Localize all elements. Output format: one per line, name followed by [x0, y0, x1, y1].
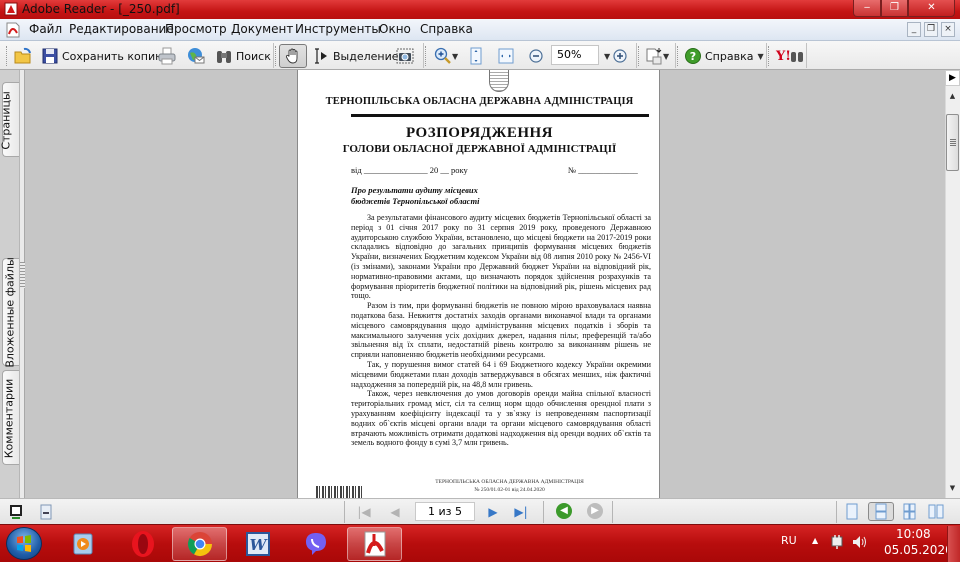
previous-page-button[interactable]: ◀: [386, 503, 404, 521]
zoom-in-button[interactable]: [611, 45, 629, 67]
taskbar-media-player[interactable]: [55, 527, 110, 561]
single-page-icon: [842, 502, 862, 521]
binoculars-icon: [215, 47, 233, 65]
svg-text:W: W: [249, 536, 268, 554]
subject-line: Про результати аудиту місцевих: [351, 185, 511, 196]
tab-attachments[interactable]: Вложенные файлы: [2, 258, 19, 366]
text-cursor-icon: [312, 47, 330, 65]
page-number-input[interactable]: 1 из 5: [415, 502, 475, 521]
language-indicator[interactable]: RU: [781, 534, 797, 547]
taskbar-adobe-reader[interactable]: [347, 527, 402, 561]
menu-file[interactable]: Файл: [28, 22, 63, 36]
status-bar: |◀ ◀ ▶ ▶|: [0, 498, 960, 524]
floppy-disk-icon: [41, 47, 59, 65]
chevron-down-icon[interactable]: ▼: [452, 52, 458, 61]
email-globe-icon: [187, 47, 205, 65]
print-button[interactable]: [158, 45, 176, 67]
power-plug-icon[interactable]: [830, 534, 844, 550]
close-button[interactable]: ✕: [908, 0, 955, 17]
tab-comments-label: Комментарии: [2, 378, 15, 458]
body-paragraph: Так, у порушення вимог статей 64 і 69 Бю…: [351, 360, 651, 389]
hand-icon: [284, 47, 302, 65]
monitor-icon[interactable]: [9, 504, 23, 520]
word-icon: W: [245, 531, 271, 557]
fit-width-button[interactable]: [497, 45, 515, 67]
number-line: № ______________: [568, 165, 638, 175]
email-button[interactable]: [187, 45, 205, 67]
doc-restore-button[interactable]: ❐: [924, 22, 938, 37]
go-forward-button[interactable]: ▶: [587, 503, 603, 519]
selection-label: Выделение: [333, 50, 399, 63]
toolbar: Сохранить копию Поиск: [0, 41, 960, 70]
chevron-down-icon: ▼: [604, 52, 610, 61]
toolbar-separator: [766, 43, 767, 68]
open-folder-icon: [14, 47, 32, 65]
volume-icon[interactable]: [852, 535, 868, 549]
printer-icon: [158, 47, 176, 65]
toolbar-grip[interactable]: [768, 46, 771, 66]
scrollbar-thumb[interactable]: [946, 114, 959, 171]
toolbar-separator: [675, 43, 676, 68]
toolbar-grip[interactable]: [6, 46, 9, 66]
toolbar-separator: [423, 43, 424, 68]
media-player-icon: [70, 531, 96, 557]
status-separator: [836, 501, 837, 523]
save-copy-button[interactable]: Сохранить копию: [41, 45, 164, 67]
continuous-facing-view-button[interactable]: [926, 502, 946, 521]
minimize-button[interactable]: ‒: [853, 0, 881, 17]
save-copy-label: Сохранить копию: [62, 50, 164, 63]
doc-close-button[interactable]: ×: [941, 22, 955, 37]
taskbar-word[interactable]: W: [230, 527, 285, 561]
adobe-reader-icon: [4, 2, 18, 16]
toolbar-separator: [806, 43, 807, 68]
scroll-up-arrow-icon[interactable]: ▲: [945, 88, 960, 104]
page-rotate-icon: [645, 47, 663, 65]
minus-circle-icon: [527, 47, 545, 65]
date-line: від _______________ 20 __ року: [351, 165, 468, 175]
show-hidden-icons-icon[interactable]: ▲: [812, 536, 818, 545]
start-button[interactable]: [6, 527, 42, 560]
toolbar-grip[interactable]: [275, 46, 278, 66]
title-bar: Adobe Reader - [_250.pdf] ‒ ❐ ✕: [0, 0, 960, 19]
header-rule: [351, 114, 649, 117]
menu-edit[interactable]: Редактирование: [68, 22, 175, 36]
clock-date[interactable]: 05.05.2020: [884, 543, 953, 557]
fit-page-button[interactable]: [467, 45, 485, 67]
help-label: Справка: [705, 50, 753, 63]
search-button[interactable]: Поиск: [215, 45, 271, 67]
menu-window[interactable]: Окно: [378, 22, 412, 36]
taskbar-opera[interactable]: [115, 527, 170, 561]
scroll-down-arrow-icon[interactable]: ▼: [945, 480, 960, 496]
zoom-out-button[interactable]: [527, 45, 545, 67]
open-button[interactable]: [14, 45, 32, 67]
toolbar-grip[interactable]: [425, 46, 428, 66]
status-separator: [344, 501, 345, 523]
help-question-icon: ?: [684, 47, 702, 65]
svg-text:?: ?: [690, 50, 696, 63]
go-back-button[interactable]: ◀: [556, 503, 572, 519]
menu-document[interactable]: Документ: [230, 22, 294, 36]
select-tool-button[interactable]: Выделение: [312, 45, 399, 67]
binoculars-icon: [791, 49, 804, 63]
continuous-pages-icon: [869, 503, 893, 520]
pdf-page[interactable]: ТЕРНОПІЛЬСЬКА ОБЛАСНА ДЕРЖАВНА АДМІНІСТР…: [297, 70, 660, 498]
status-separator: [543, 501, 544, 523]
org-title: ТЕРНОПІЛЬСЬКА ОБЛАСНА ДЕРЖАВНА АДМІНІСТР…: [298, 96, 660, 107]
toolbar-separator: [636, 43, 637, 68]
taskbar-chrome[interactable]: [172, 527, 227, 561]
page-layout-button[interactable]: ▼: [645, 45, 669, 67]
window-title: Adobe Reader - [_250.pdf]: [22, 2, 180, 16]
opera-icon: [129, 529, 157, 559]
menu-view[interactable]: Просмотр: [164, 22, 228, 36]
two-up-icon: [926, 502, 946, 521]
tab-attachments-label: Вложенные файлы: [4, 257, 17, 367]
continuous-view-button[interactable]: [868, 502, 894, 521]
navigation-panel: Страницы Вложенные файлы Комментарии: [0, 70, 20, 498]
magnifier-plus-icon: [434, 47, 452, 65]
stamp-line: ТЕРНОПІЛЬСЬКА ОБЛАСНА ДЕРЖАВНА АДМІНІСТР…: [358, 478, 660, 486]
tab-pages-label: Страницы: [0, 91, 13, 149]
single-page-view-button[interactable]: [842, 502, 862, 521]
show-desktop-button[interactable]: [947, 526, 960, 562]
search-label: Поиск: [236, 50, 271, 63]
toolbar-separator: [273, 43, 274, 68]
help-button[interactable]: ? Справка ▼: [684, 45, 764, 67]
chevron-down-icon: ▼: [757, 52, 763, 61]
chrome-icon: [186, 530, 214, 558]
yahoo-toolbar-button[interactable]: Y!: [776, 45, 804, 67]
menu-help[interactable]: Справка: [419, 22, 474, 36]
chevron-down-icon: ▼: [663, 52, 669, 61]
body-paragraph: За результатами фінансового аудиту місце…: [351, 213, 651, 301]
snapshot-button[interactable]: [396, 45, 414, 67]
fit-height-icon: [467, 47, 485, 65]
facing-view-button[interactable]: [900, 502, 920, 521]
next-page-button[interactable]: ▶: [484, 503, 502, 521]
facing-pages-icon: [900, 502, 920, 521]
camera-icon: [396, 47, 414, 65]
tab-pages[interactable]: Страницы: [2, 82, 19, 157]
pdf-document-icon[interactable]: [5, 22, 21, 38]
panel-toggle-arrow-icon[interactable]: ▶: [945, 70, 960, 86]
last-page-button[interactable]: ▶|: [512, 503, 530, 521]
subject-line: бюджетів Тернопільської області: [351, 196, 511, 207]
windows-logo-icon: [7, 528, 41, 559]
toolbar-grip[interactable]: [638, 46, 641, 66]
zoom-dropdown-button[interactable]: ▼: [604, 45, 610, 67]
hand-tool-button[interactable]: [279, 44, 307, 68]
document-body: За результатами фінансового аудиту місце…: [351, 213, 651, 448]
menu-bar: Файл Редактирование Просмотр Документ Ин…: [0, 19, 960, 41]
taskbar-viber[interactable]: [288, 527, 343, 561]
status-separator: [612, 501, 613, 523]
fit-width-icon: [497, 47, 515, 65]
viber-icon: [302, 530, 330, 558]
doc-subtype-heading: ГОЛОВИ ОБЛАСНОЇ ДЕРЖАВНОЇ АДМІНІСТРАЦІЇ: [298, 143, 660, 155]
document-properties-icon[interactable]: [40, 504, 52, 520]
stamp-line: № 250/01.02-01 від 24.04.2020: [358, 486, 660, 494]
body-paragraph: Також, через невключення до умов договор…: [351, 389, 651, 448]
menu-tools[interactable]: Инструменты: [294, 22, 382, 36]
maximize-button[interactable]: ❐: [881, 0, 908, 17]
toolbar-grip[interactable]: [677, 46, 680, 66]
subject-block: Про результати аудиту місцевих бюджетів …: [351, 185, 511, 207]
body-paragraph: Разом із тим, при формуванні бюджетів не…: [351, 301, 651, 360]
doc-minimize-button[interactable]: _: [907, 22, 921, 37]
registration-stamp: ТЕРНОПІЛЬСЬКА ОБЛАСНА ДЕРЖАВНА АДМІНІСТР…: [298, 478, 660, 494]
zoom-level-input[interactable]: 50%: [551, 45, 599, 65]
clock-time[interactable]: 10:08: [896, 527, 931, 541]
yahoo-logo-icon: Y!: [776, 49, 791, 64]
adobe-reader-icon: [362, 530, 388, 558]
first-page-button[interactable]: |◀: [355, 503, 373, 521]
plus-circle-icon: [611, 47, 629, 65]
doc-type-heading: РОЗПОРЯДЖЕННЯ: [298, 125, 660, 142]
tab-comments[interactable]: Комментарии: [2, 370, 19, 465]
zoom-in-tool-button[interactable]: ▼: [434, 45, 458, 67]
coat-of-arms-icon: [489, 70, 509, 92]
